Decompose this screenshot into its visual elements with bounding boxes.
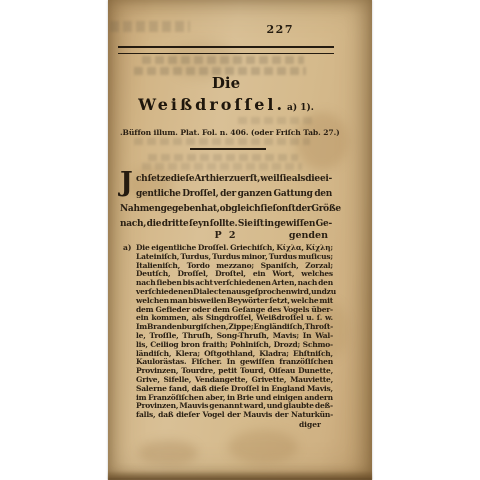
paragraph-line: Nahmengegebenhat,obgleichſieſonſtderGröß… bbox=[120, 202, 332, 217]
footnote: a) DieeigentlicheDroſſel.Griechiſch,Κίχλ… bbox=[123, 244, 333, 429]
footnote-catchword: diger bbox=[136, 420, 333, 429]
footnote-line: falls,daßdieſerVogelderMauvisderNaturkün… bbox=[136, 411, 333, 420]
paper-stain bbox=[228, 430, 298, 464]
paper-stain bbox=[296, 112, 348, 170]
paragraph-line: chſetzedieſeArthierzuerſt,weilſiealsdiee… bbox=[120, 172, 332, 187]
citation-line: .Büffon illum. Plat. Fol. n. 406. (oder … bbox=[120, 128, 332, 137]
body-paragraph: J chſetzedieſeArthierzuerſt,weilſiealsdi… bbox=[120, 172, 332, 232]
bleed-through-text bbox=[110, 21, 190, 32]
drop-cap-initial: J bbox=[120, 169, 133, 196]
paper-stain bbox=[138, 440, 198, 466]
page-title-word-die: Die bbox=[120, 74, 332, 92]
book-page: 227 Die Weißdroſſel.a) 1). .Büffon illum… bbox=[108, 0, 372, 480]
bleed-through-text bbox=[142, 56, 304, 64]
signature-row: P 2 genden bbox=[120, 230, 332, 242]
signature-mark: P 2 bbox=[214, 230, 237, 242]
page-title: Weißdroſſel.a) 1). bbox=[120, 95, 332, 114]
section-rule bbox=[190, 148, 266, 150]
page-number: 227 bbox=[267, 23, 294, 36]
bleed-through-text bbox=[148, 154, 298, 161]
book-photo: 227 Die Weißdroſſel.a) 1). .Büffon illum… bbox=[0, 0, 480, 480]
header-rule bbox=[118, 46, 334, 54]
catchword: genden bbox=[289, 230, 332, 242]
footnote-marker: a) bbox=[123, 244, 131, 253]
title-footnote-refs: a) 1). bbox=[287, 103, 314, 113]
paragraph-line: gentlicheDroſſel,derganzenGattungden bbox=[120, 187, 332, 202]
page-title-main: Weißdroſſel. bbox=[138, 95, 285, 114]
bleed-through-text bbox=[142, 163, 302, 170]
bleed-through-text bbox=[134, 138, 310, 145]
bleed-through-text bbox=[238, 117, 314, 124]
